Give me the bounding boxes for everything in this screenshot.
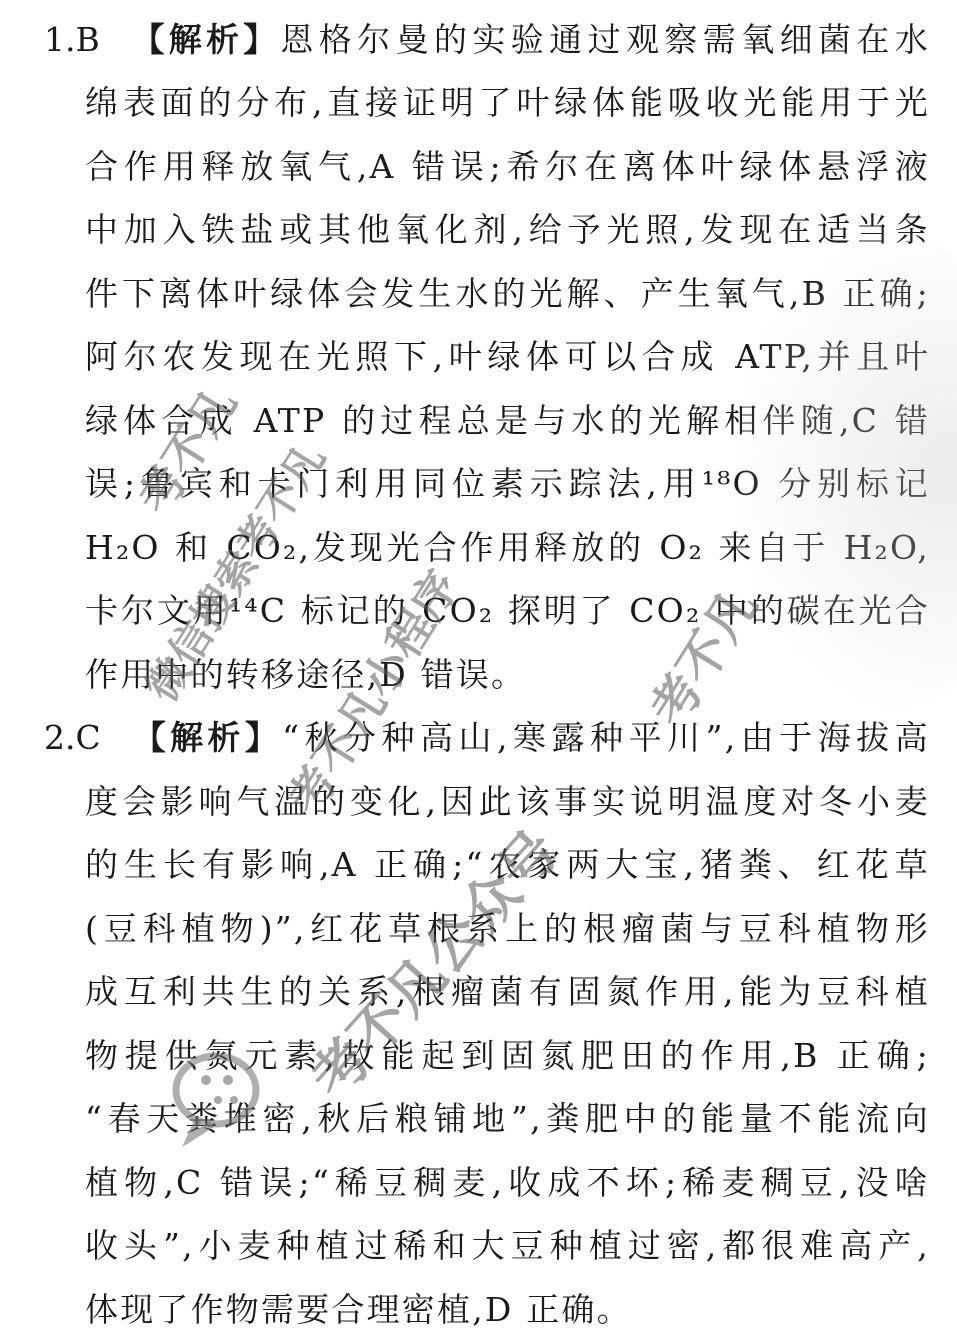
- item-2-line-7: “春天粪堆密,秋后粮铺地”,粪肥中的能量不能流向: [85, 1089, 930, 1149]
- item-2-line-1: 2.C 【解析】“秋分种高山,寒露种平川”,由于海拔高: [44, 708, 930, 768]
- item-1-line-2: 绵表面的分布,直接证明了叶绿体能吸收光能用于光: [85, 73, 930, 133]
- item-1-text: 恩格尔曼的实验通过观察需氧细菌在水: [280, 20, 930, 59]
- item-2-line-10: 体现了作物需要合理密植,D 正确。: [85, 1280, 930, 1335]
- item-2-line-8: 植物,C 错误;“稀豆稠麦,收成不坏;稀麦稠豆,没啥: [85, 1153, 930, 1213]
- item-2-line-3: 的生长有影响,A 正确;“农家两大宝,猪粪、红花草: [85, 835, 930, 895]
- item-2-number: 2.C: [44, 718, 101, 757]
- item-1-line-9: H₂O 和 CO₂,发现光合作用释放的 O₂ 来自于 H₂O,: [85, 518, 930, 578]
- item-1-line-10: 卡尔文用¹⁴C 标记的 CO₂ 探明了 CO₂ 中的碳在光合: [85, 581, 930, 641]
- item-1-line-1: 1.B 【解析】恩格尔曼的实验通过观察需氧细菌在水: [44, 10, 930, 70]
- item-2-text: “秋分种高山,寒露种平川”,由于海拔高: [282, 718, 930, 757]
- item-1-analysis-tag: 【解析】: [132, 20, 281, 59]
- item-1-line-3: 合作用释放氧气,A 错误;希尔在离体叶绿体悬浮液: [85, 137, 930, 197]
- item-1-number: 1.B: [44, 20, 100, 59]
- item-2-line-5: 成互利共生的关系,根瘤菌有固氮作用,能为豆科植: [85, 962, 930, 1022]
- item-1-line-11: 作用中的转移途径,D 错误。: [85, 645, 930, 705]
- item-2-line-2: 度会影响气温的变化,因此该事实说明温度对冬小麦: [85, 772, 930, 832]
- item-2-line-4: (豆科植物)”,红花草根系上的根瘤菌与豆科植物形: [85, 899, 930, 959]
- item-1-line-8: 误;鲁宾和卡门利用同位素示踪法,用¹⁸O 分别标记: [85, 454, 930, 514]
- item-2-analysis-tag: 【解析】: [133, 718, 282, 757]
- item-1-line-6: 阿尔农发现在光照下,叶绿体可以合成 ATP,并且叶: [85, 327, 930, 387]
- item-1-line-4: 中加入铁盐或其他氧化剂,给予光照,发现在适当条: [85, 200, 930, 260]
- item-2-line-6: 物提供氮元素,故能起到固氮肥田的作用,B 正确;: [85, 1026, 930, 1086]
- document-page: 1.B 【解析】恩格尔曼的实验通过观察需氧细菌在水 绵表面的分布,直接证明了叶绿…: [0, 0, 957, 1335]
- item-2-line-9: 收头”,小麦种植过稀和大豆种植过密,都很难高产,: [85, 1216, 930, 1276]
- item-1-line-5: 件下离体叶绿体会发生水的光解、产生氧气,B 正确;: [85, 264, 930, 324]
- item-1-line-7: 绿体合成 ATP 的过程总是与水的光解相伴随,C 错: [85, 391, 930, 451]
